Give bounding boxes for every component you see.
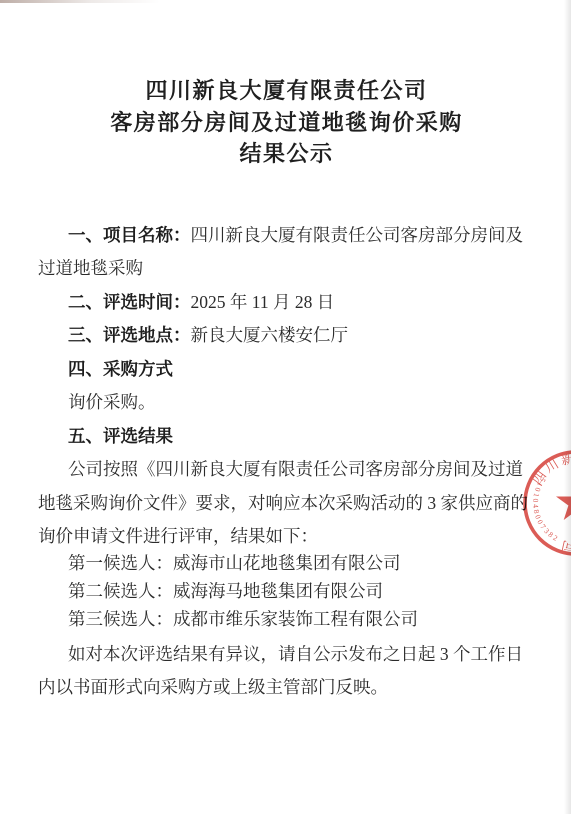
candidate-1-name: 威海市山花地毯集团有限公司 xyxy=(173,553,401,573)
paragraph-text: 内以书面形式向采购方或上级主管部门反映。 xyxy=(38,677,388,697)
document-title: 四川新良大厦有限责任公司 客房部分房间及过道地毯询价采购 结果公示 xyxy=(38,75,535,170)
candidate-2-label: 第二候选人： xyxy=(68,581,173,601)
document-text: 一、项目名称：四川新良大厦有限责任公司客房部分房间及 过道地毯采购 二、评选时间… xyxy=(38,219,535,705)
paragraph-text: 公司按照《四川新良大厦有限责任公司客房部分房间及过道 xyxy=(68,459,523,479)
section-1-label: 一、项目名称： xyxy=(68,225,191,245)
section-4-method-body: 询价采购。 xyxy=(38,386,535,420)
section-3-place: 三、评选地点：新良大厦六楼安仁厅 xyxy=(38,319,535,353)
section-2-label: 二、评选时间： xyxy=(68,292,191,312)
document-body: 四川新良大厦有限责任公司 客房部分房间及过道地毯询价采购 结果公示 一、项目名称… xyxy=(0,0,571,705)
result-paragraph-line-2: 地毯采购询价文件》要求，对响应本次采购活动的 3 家供应商的 xyxy=(38,487,535,521)
section-5-label: 五、评选结果 xyxy=(68,426,173,446)
section-1-value-cont: 过道地毯采购 xyxy=(38,258,143,278)
objection-paragraph-line-2: 内以书面形式向采购方或上级主管部门反映。 xyxy=(38,671,535,705)
section-1-project-name: 一、项目名称：四川新良大厦有限责任公司客房部分房间及 xyxy=(38,219,535,253)
candidate-1-label: 第一候选人： xyxy=(68,553,173,573)
candidate-3-label: 第三候选人： xyxy=(68,609,173,629)
result-paragraph-line-1: 公司按照《四川新良大厦有限责任公司客房部分房间及过道 xyxy=(38,453,535,487)
objection-paragraph-line-1: 如对本次评选结果有异议，请自公示发布之日起 3 个工作日 xyxy=(38,638,535,672)
candidate-3: 第三候选人：成都市维乐家装饰工程有限公司 xyxy=(38,605,535,633)
section-4-method-heading: 四、采购方式 xyxy=(38,353,535,387)
candidate-2-name: 威海海马地毯集团有限公司 xyxy=(173,581,383,601)
title-line-1: 四川新良大厦有限责任公司 xyxy=(38,75,535,107)
candidate-1: 第一候选人：威海市山花地毯集团有限公司 xyxy=(38,549,535,577)
section-4-label: 四、采购方式 xyxy=(68,359,173,379)
candidate-3-name: 成都市维乐家装饰工程有限公司 xyxy=(173,609,418,629)
candidate-2: 第二候选人：威海海马地毯集团有限公司 xyxy=(38,577,535,605)
scanned-document-page: 四川新良大厦有限责任公司 客房部分房间及过道地毯询价采购 结果公示 一、项目名称… xyxy=(0,0,571,814)
section-5-result-heading: 五、评选结果 xyxy=(38,420,535,454)
title-line-3: 结果公示 xyxy=(38,138,535,170)
paragraph-text: 地毯采购询价文件》要求，对响应本次采购活动的 3 家供应商的 xyxy=(38,493,528,513)
section-1-continuation: 过道地毯采购 xyxy=(38,252,535,286)
paragraph-text: 询价申请文件进行评审，结果如下： xyxy=(38,526,318,546)
section-3-value: 新良大厦六楼安仁厅 xyxy=(191,325,349,345)
paragraph-text: 如对本次评选结果有异议，请自公示发布之日起 3 个工作日 xyxy=(68,644,523,664)
section-3-label: 三、评选地点： xyxy=(68,325,191,345)
candidate-list: 第一候选人：威海市山花地毯集团有限公司 第二候选人：威海海马地毯集团有限公司 第… xyxy=(38,549,535,633)
section-2-date: 二、评选时间：2025 年 11 月 28 日 xyxy=(38,286,535,320)
section-2-value: 2025 年 11 月 28 日 xyxy=(191,292,335,312)
section-1-value: 四川新良大厦有限责任公司客房部分房间及 xyxy=(191,225,524,245)
section-4-value: 询价采购。 xyxy=(68,392,156,412)
title-line-2: 客房部分房间及过道地毯询价采购 xyxy=(38,107,535,139)
